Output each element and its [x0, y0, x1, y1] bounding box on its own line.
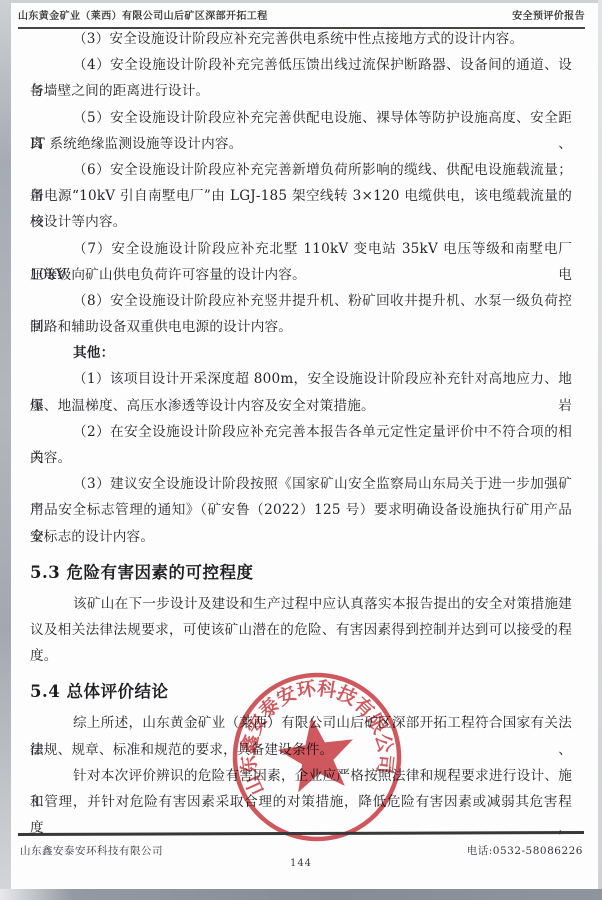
- text-line: 针对本次评价辨识的危险有害因素，企业应严格按照法律和规程要求进行设计、施工: [30, 763, 572, 789]
- text-line: （2）在安全设施设计阶段应补充完善本报告各单元定性定量评价中不符合项的相关: [30, 419, 572, 445]
- footer-phone-number: 电话:0532-58086226: [467, 843, 583, 858]
- scan-edge-left: [0, 0, 11, 900]
- text-line: 该矿山在下一步设计及建设和生产过程中应认真落实本报告提出的安全对策措施建: [30, 591, 572, 617]
- text-line: 和管理，并针对危险有害因素采取合理的对策措施，降低危险有害因素或减弱其危害程度，: [30, 789, 572, 815]
- text-line: 全标志的设计内容。: [30, 524, 572, 550]
- text-line: （3）建议安全设施设计阶段按照《国家矿山安全监察局山东局关于进一步加强矿用: [30, 471, 572, 497]
- text-line: （3）安全设施设计阶段应补充完善供电系统中性点接地方式的设计内容。: [30, 26, 572, 52]
- text-line: 与墙壁之间的距离进行设计。: [30, 78, 572, 104]
- text-line: （1）该项目设计开采深度超 800m，安全设施设计阶段应补充针对高地应力、地压岩: [30, 366, 572, 392]
- scanned-report-page: { "header": { "left": "山东黄金矿业（莱西）有限公司山后矿…: [0, 0, 602, 900]
- section-heading: 5.3 危险有害因素的可控程度: [30, 555, 572, 591]
- text-line: 其他：: [30, 340, 572, 366]
- text-line: 回路和辅助设备双重供电电源的设计内容。: [30, 314, 572, 340]
- scan-edge-top: [0, 0, 602, 3]
- scan-edge-right: [598, 0, 602, 900]
- text-line: 产品安全标志管理的通知》（矿安鲁（2022）125 号）要求明确设备设施执行矿用…: [30, 497, 572, 523]
- text-line: （8）安全设施设计阶段应补充竖井提升机、粉矿回收井提升机、水泵一级负荷控制: [30, 288, 572, 314]
- section-heading: 5.4 总体评价结论: [30, 674, 572, 710]
- text-line: （5）安全设施设计阶段应补充完善供配电设施、裸导体等防护设施高度、安全距离、: [30, 105, 572, 131]
- header-project-title: 山东黄金矿业（莱西）有限公司山后矿区深部开拓工程: [18, 7, 268, 22]
- text-line: （7）安全设施设计阶段应补充北墅 110kV 变电站 35kV 电压等级和南墅电…: [30, 236, 572, 262]
- text-line: 综上所述，山东黄金矿业（莱西）有限公司山后矿区深部开拓工程符合国家有关法律、: [30, 710, 572, 736]
- text-line: 核设计等内容。: [30, 209, 572, 235]
- page-number: 144: [0, 858, 602, 869]
- footer-company-name: 山东鑫安泰安环科技有限公司: [20, 843, 163, 858]
- text-line: （6）安全设施设计阶段应补充完善新增负荷所影响的缆线、供配电设施载流量；备: [30, 157, 572, 183]
- text-line: 用电源“10kV 引自南墅电厂”由 LGJ-185 架空线转 3×120 电缆供…: [30, 183, 572, 209]
- text-line: （4）安全设施设计阶段补充完善低压馈出线过流保护断路器、设备间的通道、设备: [30, 52, 572, 78]
- page-footer: 山东鑫安泰安环科技有限公司 电话:0532-58086226: [20, 843, 583, 858]
- header-report-type: 安全预评价报告: [512, 7, 585, 22]
- text-line: 度。: [30, 643, 572, 669]
- scan-edge-bottom: [0, 889, 602, 900]
- text-line: 议及相关法律法规要求，可使该矿山潜在的危险、有害因素得到控制并达到可以接受的程: [30, 617, 572, 643]
- text-line: 内容。: [30, 445, 572, 471]
- document-body: （3）安全设施设计阶段应补充完善供电系统中性点接地方式的设计内容。（4）安全设施…: [30, 26, 572, 815]
